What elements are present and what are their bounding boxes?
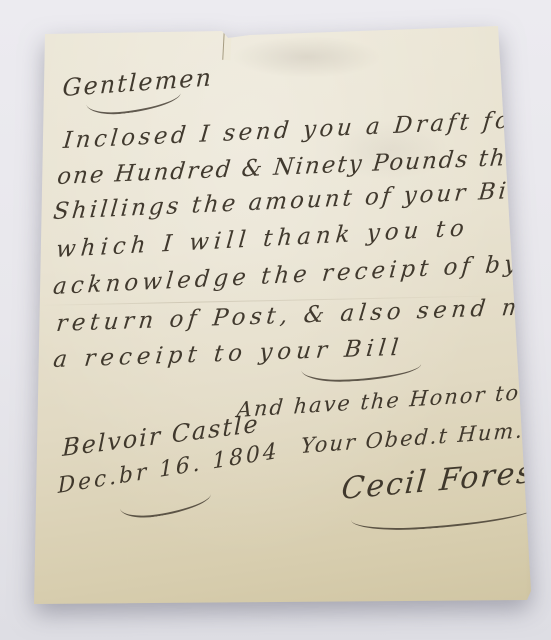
paper-stain: [232, 36, 382, 78]
closing-line-2: Your Obed.t Hum.ble Serv.t: [300, 410, 551, 458]
photo-background: Gentlemen Inclosed I send you a Draft fo…: [0, 0, 551, 640]
letter-paper: Gentlemen Inclosed I send you a Draft fo…: [0, 0, 551, 640]
paper-sheet: Gentlemen Inclosed I send you a Draft fo…: [0, 0, 551, 640]
date-flourish: [119, 492, 212, 522]
bill-flourish: [301, 362, 422, 384]
signature-flourish: [351, 505, 537, 534]
paper-notch: [222, 31, 232, 60]
closing-line-1: And have the Honor to be: [236, 378, 551, 422]
signature: Cecil Forester: [340, 450, 551, 507]
